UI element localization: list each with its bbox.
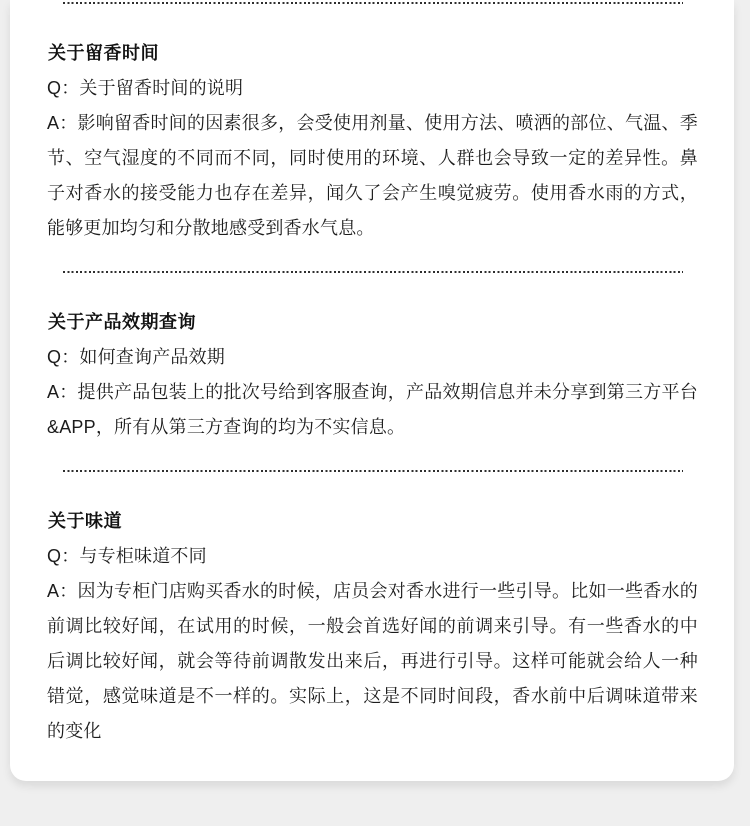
answer-text: A：提供产品包装上的批次号给到客服查询，产品效期信息并未分享到第三方平台&APP… — [47, 375, 698, 445]
question-line: Q：如何查询产品效期 — [47, 340, 698, 375]
dotted-divider — [63, 2, 683, 4]
section-title: 关于产品效期查询 — [48, 305, 698, 340]
answer-text: A：因为专柜门店购买香水的时候，店员会对香水进行一些引导。比如一些香水的前调比较… — [47, 574, 698, 749]
question-line: Q：关于留香时间的说明 — [47, 71, 698, 106]
faq-section-scent: 关于味道 Q：与专柜味道不同 A：因为专柜门店购买香水的时候，店员会对香水进行一… — [47, 504, 698, 749]
dotted-divider — [63, 271, 683, 273]
faq-card: 关于留香时间 Q：关于留香时间的说明 A：影响留香时间的因素很多，会受使用剂量、… — [10, 0, 734, 781]
question-line: Q：与专柜味道不同 — [47, 539, 698, 574]
dotted-divider — [63, 470, 683, 472]
faq-section-lasting-time: 关于留香时间 Q：关于留香时间的说明 A：影响留香时间的因素很多，会受使用剂量、… — [47, 36, 698, 246]
faq-section-expiry-query: 关于产品效期查询 Q：如何查询产品效期 A：提供产品包装上的批次号给到客服查询，… — [47, 305, 698, 445]
answer-text: A：影响留香时间的因素很多，会受使用剂量、使用方法、喷洒的部位、气温、季节、空气… — [47, 106, 698, 246]
section-title: 关于留香时间 — [48, 36, 698, 71]
section-title: 关于味道 — [48, 504, 698, 539]
